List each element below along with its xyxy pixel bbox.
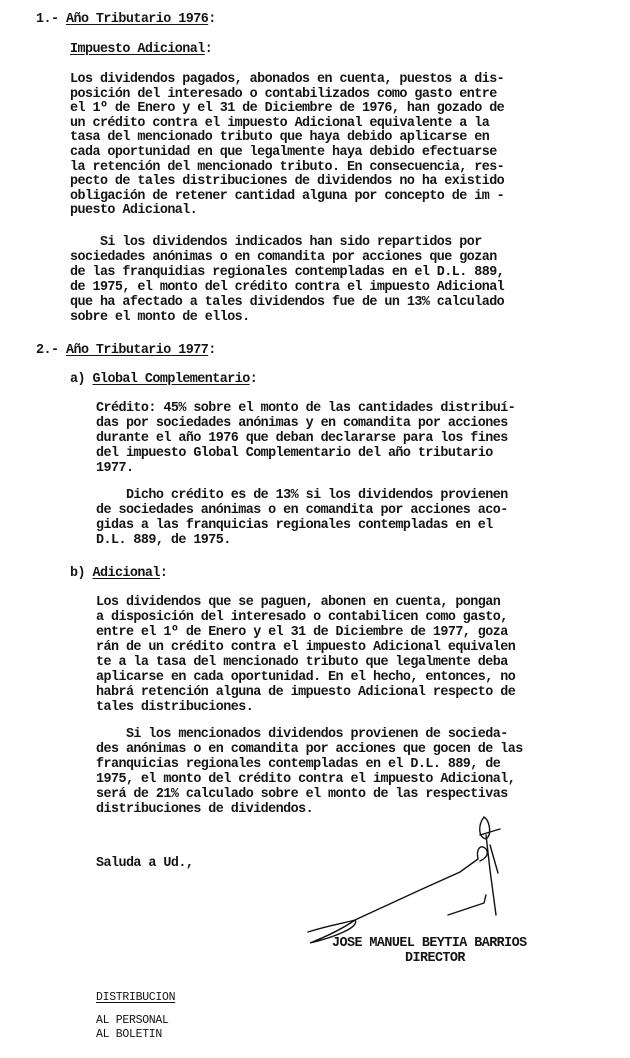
text-line: des anónimas o en comandita por acciones… <box>96 742 523 757</box>
distribution-item: AL PERSONAL <box>96 1013 169 1028</box>
text-line: franquicias regionales contempladas en e… <box>96 757 500 772</box>
subheading-text: Impuesto Adicional <box>70 42 205 57</box>
text-line: posición del interesado o contabilizados… <box>70 87 497 102</box>
section-2-title-colon: : <box>208 343 216 358</box>
text-line: 1977. <box>96 461 133 476</box>
text-line: distribuciones de dividendos. <box>96 802 313 817</box>
section-2-number: 2.- <box>36 343 58 358</box>
text-line: te a la tasa del mencionado tributo que … <box>96 655 508 670</box>
text-line: gidas a las franquicias regionales conte… <box>96 518 493 533</box>
text-line: del impuesto Global Complementario del a… <box>96 446 493 461</box>
subsection-b-title: Adicional <box>92 566 159 581</box>
subsection-a-colon: : <box>250 372 258 387</box>
text-line: durante el año 1976 que deban declararse… <box>96 431 508 446</box>
section-1-subheading: Impuesto Adicional: <box>70 42 212 57</box>
distribution-heading: DISTRIBUCION <box>96 990 175 1005</box>
text-line: puesto Adicional. <box>70 203 197 218</box>
text-line: entre el 1º de Enero y el 31 de Diciembr… <box>96 625 508 640</box>
subsection-b-colon: : <box>160 566 168 581</box>
text-line: Si los mencionados dividendos provienen … <box>96 727 508 742</box>
text-line: Los dividendos que se paguen, abonen en … <box>96 595 500 610</box>
text-line: el 1º de Enero y el 31 de Diciembre de 1… <box>70 101 504 116</box>
text-line: de 1975, el monto del crédito contra el … <box>70 280 504 295</box>
subsection-b-heading: b) Adicional: <box>70 566 167 581</box>
text-line: que ha afectado a tales dividendos fue d… <box>70 295 504 310</box>
text-line: será de 21% calculado sobre el monto de … <box>96 787 508 802</box>
text-line: Los dividendos pagados, abonados en cuen… <box>70 72 504 87</box>
text-line: de las franquidias regionales contemplad… <box>70 265 504 280</box>
text-line: D.L. 889, de 1975. <box>96 533 231 548</box>
distribution-item: AL BOLETIN <box>96 1027 162 1042</box>
text-line: sobre el monto de ellos. <box>70 310 250 325</box>
text-line: tasa del mencionado tributo que haya deb… <box>70 130 489 145</box>
subsection-b-label: b) <box>70 566 85 581</box>
section-2-title: Año Tributario 1977 <box>66 343 208 358</box>
signatory-name: JOSE MANUEL BEYTIA BARRIOS <box>332 936 527 951</box>
text-line: la retención del mencionado tributo. En … <box>70 160 504 175</box>
text-line: 1975, el monto del crédito contra el imp… <box>96 772 515 787</box>
closing-salutation: Saluda a Ud., <box>96 856 193 871</box>
text-line: obligación de retener cantidad alguna po… <box>70 189 504 204</box>
subsection-a-heading: a) Global Complementario: <box>70 372 257 387</box>
subsection-a-title: Global Complementario <box>92 372 249 387</box>
text-line: sociedades anónimas o en comandita por a… <box>70 250 497 265</box>
text-line: habrá retención alguna de impuesto Adici… <box>96 685 515 700</box>
text-line: pecto de tales distribuciones de dividen… <box>70 174 504 189</box>
section-1-heading: 1.- Año Tributario 1976: <box>36 12 216 27</box>
text-line: aplicarse en cada oportunidad. En el hec… <box>96 670 515 685</box>
text-line: tales distribuciones. <box>96 700 253 715</box>
subheading-colon: : <box>205 42 213 57</box>
text-line: de sociedades anónimas o en comandita po… <box>96 503 508 518</box>
text-line: rán de un crédito contra el impuesto Adi… <box>96 640 515 655</box>
text-line: cada oportunidad en que legalmente haya … <box>70 145 497 160</box>
section-1-number: 1.- <box>36 12 58 27</box>
section-1-title: Año Tributario 1976 <box>66 12 208 27</box>
text-line: Crédito: 45% sobre el monto de las canti… <box>96 401 515 416</box>
text-line: Dicho crédito es de 13% si los dividendo… <box>96 488 508 503</box>
text-line: un crédito contra el impuesto Adicional … <box>70 116 489 131</box>
text-line: Si los dividendos indicados han sido rep… <box>70 235 482 250</box>
text-line: a disposición del interesado o contabili… <box>96 610 508 625</box>
handwritten-signature <box>300 815 530 950</box>
text-line: das por sociedades anónimas y en comandi… <box>96 416 508 431</box>
section-2-heading: 2.- Año Tributario 1977: <box>36 343 216 358</box>
signatory-title: DIRECTOR <box>405 951 465 966</box>
section-1-title-colon: : <box>208 12 216 27</box>
subsection-a-label: a) <box>70 372 85 387</box>
